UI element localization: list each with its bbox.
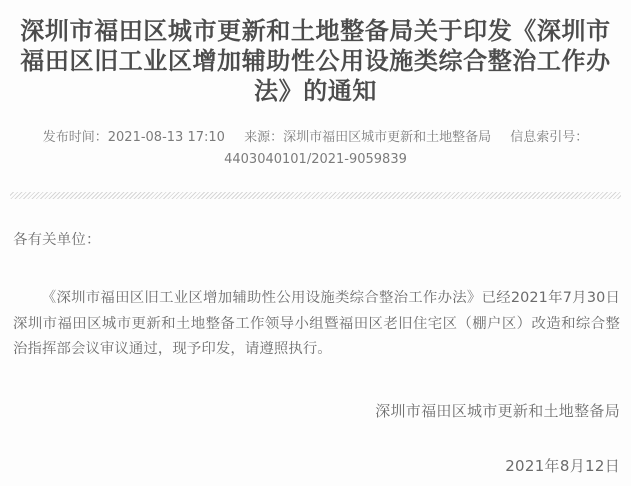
meta-line-1: 发布时间：2021-08-13 17:10 来源：深圳市福田区城市更新和土地整备…: [0, 127, 631, 149]
index-number-value: 4403040101/2021-9059839: [0, 149, 631, 171]
notice-paragraph: 《深圳市福田区旧工业区增加辅助性公用设施类综合整治工作办法》已经2021年7月3…: [13, 286, 620, 363]
meta-info: 发布时间：2021-08-13 17:10 来源：深圳市福田区城市更新和土地整备…: [0, 127, 631, 171]
hatched-divider: [10, 192, 621, 199]
source: 来源：深圳市福田区城市更新和土地整备局: [244, 127, 491, 149]
index-number-label: 信息索引号：: [510, 127, 588, 149]
source-value: 深圳市福田区城市更新和土地整备局: [283, 130, 491, 145]
issue-date: 2021年8月12日: [0, 456, 620, 477]
notice-page: 深圳市福田区城市更新和土地整备局关于印发《深圳市福田区旧工业区增加辅助性公用设施…: [0, 0, 631, 486]
publish-time-label: 发布时间：: [43, 130, 108, 145]
salutation: 各有关单位：: [13, 228, 618, 253]
notice-title: 深圳市福田区城市更新和土地整备局关于印发《深圳市福田区旧工业区增加辅助性公用设施…: [13, 0, 618, 106]
publish-time: 发布时间：2021-08-13 17:10: [43, 127, 225, 149]
issuer-signature: 深圳市福田区城市更新和土地整备局: [0, 401, 620, 422]
source-label: 来源：: [244, 130, 283, 145]
publish-time-value: 2021-08-13 17:10: [108, 130, 225, 145]
